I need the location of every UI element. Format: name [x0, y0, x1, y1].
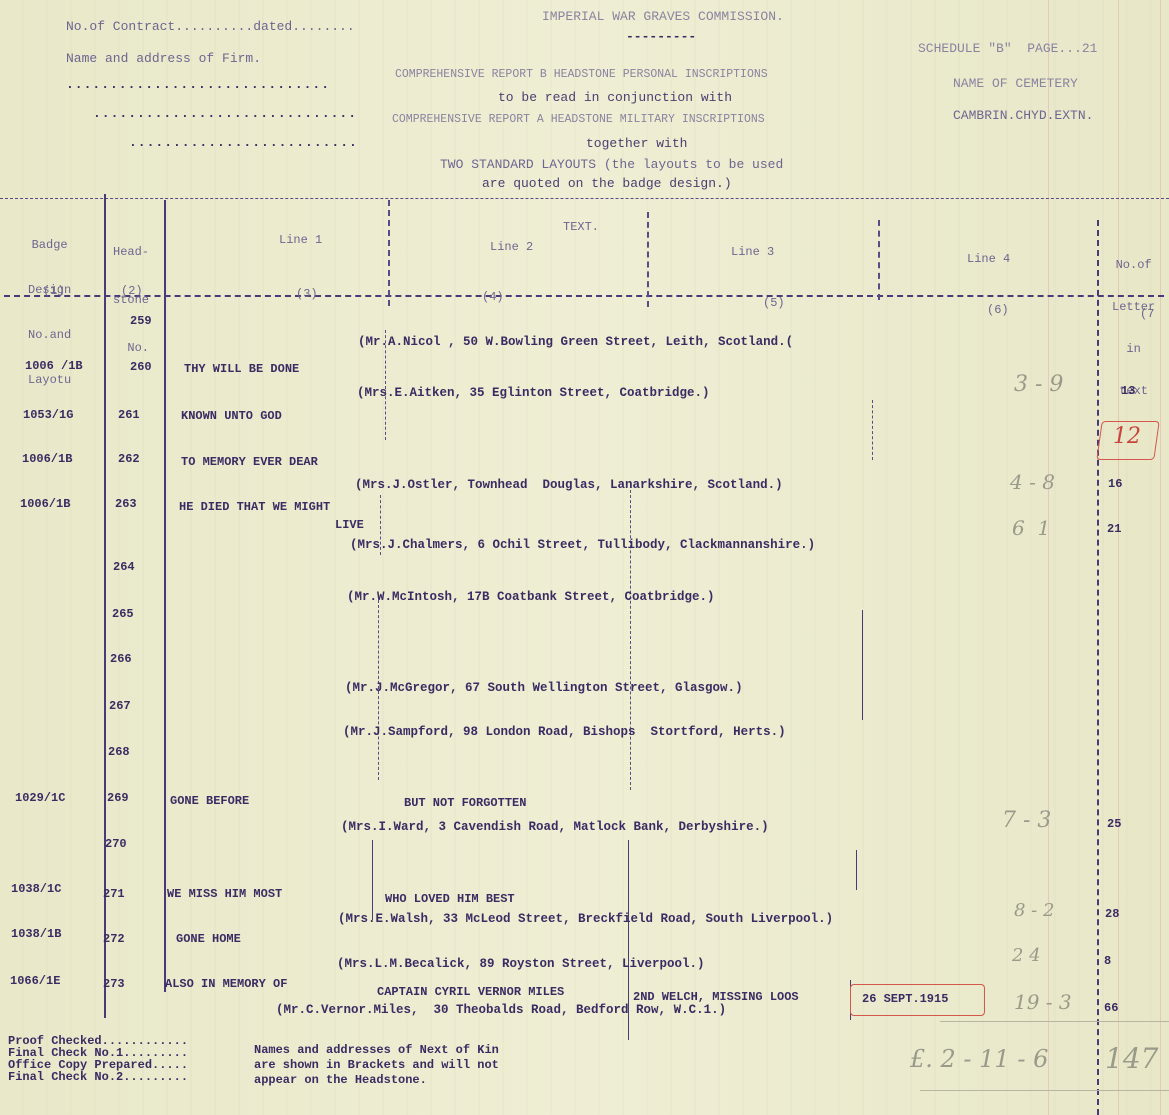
letter-count: 21: [1107, 522, 1121, 536]
note-line-2: are shown in Brackets and will not: [254, 1058, 499, 1072]
col-header-line3: Line 3: [731, 245, 774, 259]
col-num-1: (1): [43, 284, 65, 298]
headstone-no: 268: [108, 745, 130, 759]
badge-design: 1038/1C: [11, 882, 61, 896]
document-title: IMPERIAL WAR GRAVES COMMISSION.: [542, 10, 784, 24]
inscription-line2: BUT NOT FORGOTTEN: [404, 796, 526, 810]
inscription-line1: HE DIED THAT WE MIGHT: [179, 500, 330, 514]
headstone-no: 261: [118, 408, 140, 422]
badge-design: 1029/1C: [15, 791, 65, 805]
headstone-no: 262: [118, 452, 140, 466]
letter-count: 8: [1104, 954, 1111, 968]
next-of-kin: (Mr.A.Nicol , 50 W.Bowling Green Street,…: [358, 335, 793, 349]
col-header-line1: Line 1: [279, 233, 322, 247]
col-divider-5: [878, 220, 880, 300]
headstone-no: 265: [112, 607, 134, 621]
table-top-rule: [0, 198, 1169, 199]
cemetery-label: NAME OF CEMETERY: [953, 77, 1078, 91]
pencil-count: 6 1: [1012, 516, 1050, 540]
col-num-6: (6): [987, 303, 1009, 317]
firm-dots-3: ..........................: [129, 136, 358, 150]
firm-dots-2: ..............................: [93, 107, 357, 121]
report-line-5: TWO STANDARD LAYOUTS (the layouts to be …: [440, 158, 783, 172]
badge-design: 1006/1B: [20, 497, 70, 511]
pencil-total-rule: [920, 1090, 1169, 1091]
next-of-kin: (Mrs.I.Ward, 3 Cavendish Road, Matlock B…: [341, 820, 769, 834]
badge-design: 1006 /1B: [25, 359, 83, 373]
firm-dots-1: ..............................: [66, 78, 330, 92]
col-num-2: (2): [121, 284, 143, 298]
contract-line: No.of Contract..........dated........: [66, 20, 355, 34]
next-of-kin: (Mrs.L.M.Becalick, 89 Royston Street, Li…: [337, 957, 705, 971]
next-of-kin: (Mr.J.McGregor, 67 South Wellington Stre…: [345, 681, 743, 695]
inscription-line1-cont: LIVE: [335, 518, 364, 532]
col-divider-4: [647, 212, 649, 307]
col-header-line4: Line 4: [967, 252, 1010, 266]
inscription-line1: KNOWN UNTO GOD: [181, 409, 282, 423]
badge-design: 1038/1B: [11, 927, 61, 941]
text-group-header: TEXT.: [563, 220, 599, 234]
paper-rule: [1160, 0, 1161, 1115]
headstone-no: 269: [107, 791, 129, 805]
next-of-kin: (Mrs.J.Chalmers, 6 Ochil Street, Tullibo…: [350, 538, 815, 552]
badge-design: 1006/1B: [22, 452, 72, 466]
headstone-no: 271: [103, 887, 125, 901]
inscription-line1: ALSO IN MEMORY OF: [165, 977, 287, 991]
pencil-count: 4 - 8: [1010, 470, 1055, 494]
inscription-line4: 26 SEPT.1915: [862, 992, 948, 1006]
col-divider-5-body: [856, 850, 857, 890]
col-divider-6: [1097, 220, 1099, 1115]
next-of-kin: (Mrs.J.Ostler, Townhead Douglas, Lanarks…: [355, 478, 783, 492]
report-line-1: COMPREHENSIVE REPORT B HEADSTONE PERSONA…: [395, 68, 768, 82]
col-num-7: (7: [1140, 307, 1154, 321]
headstone-no: 259: [130, 314, 152, 328]
col-divider-4-body: [630, 490, 631, 790]
next-of-kin: (Mr.C.Vernor.Miles, 30 Theobalds Road, B…: [276, 1003, 726, 1017]
pencil-count: 8 - 2: [1014, 900, 1054, 921]
col-header-line2: Line 2: [490, 240, 533, 254]
headstone-no: 267: [109, 699, 131, 713]
inscription-line2: CAPTAIN CYRIL VERNOR MILES: [377, 985, 564, 999]
headstone-no: 263: [115, 497, 137, 511]
title-underline: ---------: [626, 30, 696, 44]
letter-count: 28: [1105, 907, 1119, 921]
schedule-page: SCHEDULE "B" PAGE...21: [918, 42, 1097, 56]
headstone-no: 270: [105, 837, 127, 851]
col-header-badge: Badge Design No.and Layotu: [28, 208, 71, 403]
pencil-count: 3 - 9: [1014, 372, 1063, 397]
red-correction: 12: [1113, 424, 1141, 449]
inscription-line1: THY WILL BE DONE: [184, 362, 299, 376]
headstone-no: 272: [103, 932, 125, 946]
inscription-line2: WHO LOVED HIM BEST: [385, 892, 515, 906]
table-header-rule: [4, 295, 1164, 297]
cemetery-name: CAMBRIN.CHYD.EXTN.: [953, 109, 1093, 123]
col-divider-3-body: [372, 840, 373, 920]
report-line-3: COMPREHENSIVE REPORT A HEADSTONE MILITAR…: [392, 113, 765, 127]
paper-rule: [1048, 0, 1049, 1115]
next-of-kin: (Mr.J.Sampford, 98 London Road, Bishops …: [343, 725, 786, 739]
report-line-6: are quoted on the badge design.): [482, 177, 732, 191]
next-of-kin: (Mrs.E.Aitken, 35 Eglinton Street, Coatb…: [357, 386, 710, 400]
col-divider-2: [164, 200, 166, 992]
col-num-3: (3): [296, 287, 318, 301]
inscription-line1: GONE BEFORE: [170, 794, 249, 808]
pencil-total-letters: 147: [1105, 1042, 1158, 1075]
pencil-count: 2 4: [1012, 945, 1041, 966]
pencil-count: 19 - 3: [1014, 990, 1072, 1014]
col-num-5: (5): [763, 296, 785, 310]
report-line-2: to be read in conjunction with: [498, 91, 732, 105]
next-of-kin: (Mr.W.McIntosh, 17B Coatbank Street, Coa…: [347, 590, 715, 604]
report-line-4: together with: [586, 137, 687, 151]
pencil-total-rule: [940, 1021, 1169, 1022]
next-of-kin: (Mrs.E.Walsh, 33 McLeod Street, Breckfie…: [338, 912, 833, 926]
col-num-4: (4): [482, 290, 504, 304]
badge-design: 1053/1G: [23, 408, 73, 422]
inscription-line3: 2ND WELCH, MISSING LOOS: [633, 990, 799, 1004]
letter-count: 16: [1108, 477, 1122, 491]
col-divider-3: [388, 200, 390, 306]
col-divider-5-body: [872, 400, 873, 460]
inscription-line1: GONE HOME: [176, 932, 241, 946]
headstone-no: 260: [130, 360, 152, 374]
paper-rule: [1118, 0, 1119, 1115]
note-line-3: appear on the Headstone.: [254, 1073, 427, 1087]
letter-count: 66: [1104, 1001, 1118, 1015]
headstone-no: 273: [103, 977, 125, 991]
inscription-line1: WE MISS HIM MOST: [167, 887, 282, 901]
pencil-total-amount: £. 2 - 11 - 6: [910, 1045, 1048, 1073]
pencil-count: 7 - 3: [1002, 808, 1051, 833]
inscription-line1: TO MEMORY EVER DEAR: [181, 455, 318, 469]
col-divider-5-body: [862, 610, 863, 720]
note-line-1: Names and addresses of Next of Kin: [254, 1043, 499, 1057]
headstone-no: 266: [110, 652, 132, 666]
firm-label: Name and address of Firm.: [66, 52, 261, 66]
headstone-no: 264: [113, 560, 135, 574]
letter-count: 25: [1107, 817, 1121, 831]
check-final-2: Final Check No.2.........: [8, 1071, 188, 1083]
badge-design: 1066/1E: [10, 974, 60, 988]
letter-count: 13: [1121, 384, 1135, 398]
